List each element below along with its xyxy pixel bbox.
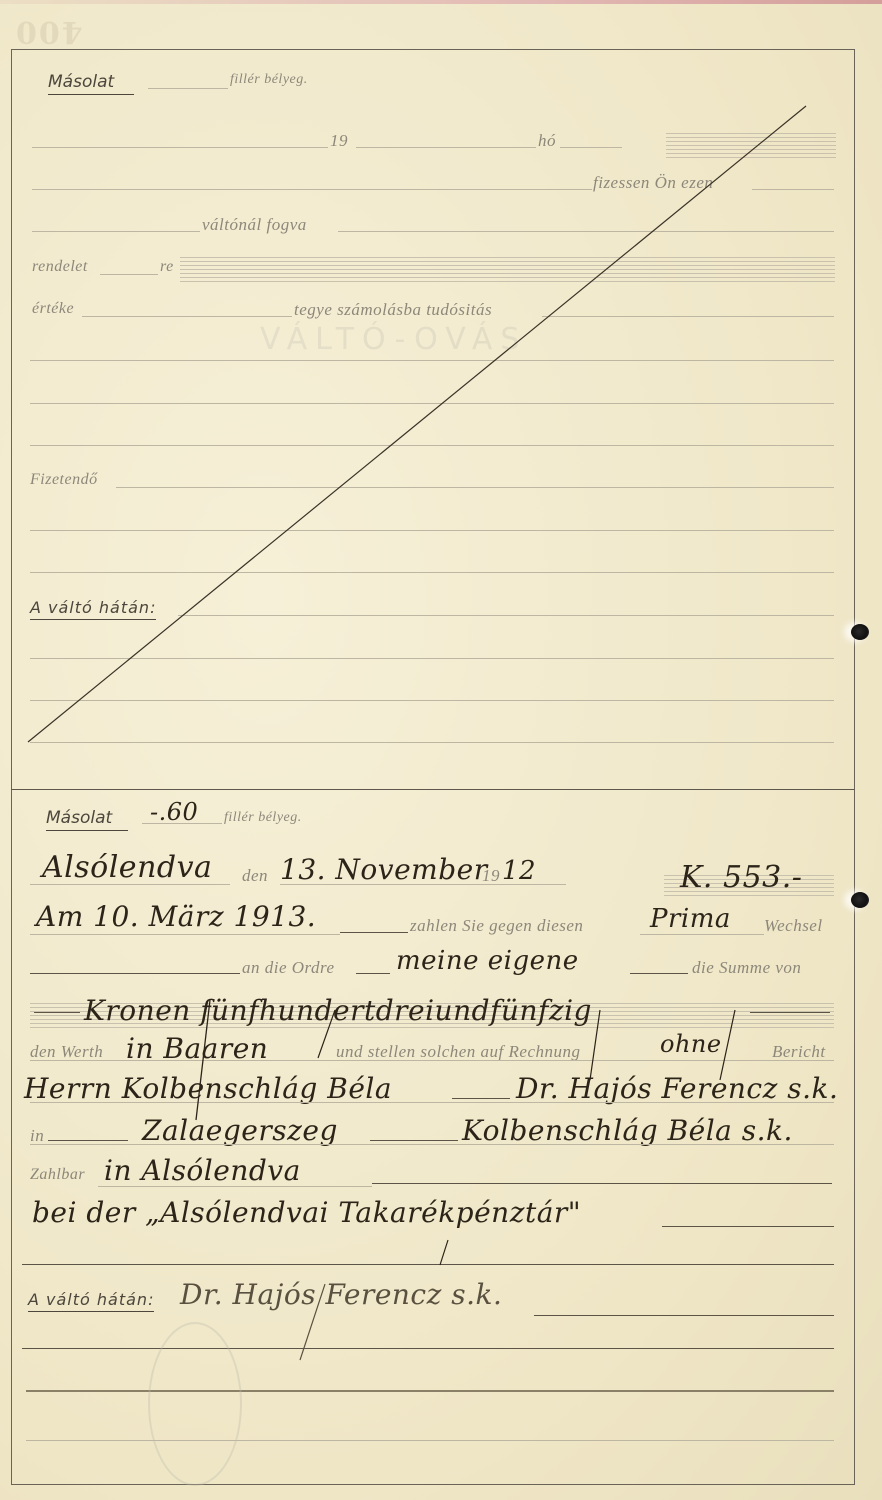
blank-line-3 — [30, 445, 834, 446]
pay-label: fizessen Ön ezen — [593, 173, 713, 193]
den-label: den — [242, 866, 268, 886]
due-date: Am 10. März 1913. — [36, 900, 316, 933]
binding-hole-top — [851, 624, 869, 640]
place-line — [30, 884, 230, 885]
blank-line-4 — [26, 1440, 834, 1441]
blank-line-2 — [22, 1348, 834, 1349]
year-prefix: 19 — [482, 866, 500, 886]
payable-at-line — [662, 1226, 834, 1227]
back-label: A váltó hátán: — [30, 598, 156, 620]
sum-words: Kronen fünfhundertdreiundfünfzig — [84, 994, 592, 1027]
drawee-dash — [452, 1098, 510, 1099]
due-dash — [340, 932, 408, 933]
amount: K. 553.- — [680, 860, 802, 895]
order-dash — [30, 973, 240, 974]
report-label: Bericht — [772, 1042, 826, 1062]
order-label: an die Ordre — [242, 958, 335, 978]
payable-label: Zahlbar — [30, 1166, 85, 1184]
stamp-label: fillér bélyeg. — [224, 810, 302, 826]
blank-line-5 — [30, 572, 834, 573]
payable-line — [372, 1183, 832, 1184]
order-dash-2 — [356, 973, 390, 974]
in-label: in — [30, 1126, 44, 1146]
year-suffix: 12 — [502, 856, 536, 886]
drawee-line — [30, 1102, 834, 1103]
copy-label: Másolat — [46, 808, 128, 831]
account-label: tegye számolásba tudósitás — [294, 300, 492, 320]
bill-kind: Prima — [650, 904, 731, 934]
value-line — [30, 1060, 834, 1061]
account-line — [542, 316, 834, 317]
bill-label: váltónál fogva — [202, 215, 307, 235]
account-text: und stellen solchen auf Rechnung — [336, 1042, 581, 1062]
order-dash-3 — [630, 973, 688, 974]
back-line-1 — [178, 615, 834, 616]
payable-place: in Alsólendva — [104, 1154, 301, 1187]
binding-hole-bottom — [851, 892, 869, 908]
section-divider — [11, 789, 855, 790]
payable-line — [116, 487, 834, 488]
drawee: Herrn Kolbenschlág Béla — [24, 1072, 392, 1105]
pay-line — [752, 189, 834, 190]
wechsel-label: Wechsel — [764, 916, 823, 936]
order-label: rendelet — [32, 258, 88, 276]
payee-line — [32, 189, 592, 190]
blank-line-4 — [30, 530, 834, 531]
amount-box — [666, 130, 836, 158]
back-line-3 — [30, 700, 834, 701]
ghost-heading: VÁLTÓ-OVÁS — [260, 322, 527, 357]
date: 13. November — [280, 853, 488, 886]
order-value: meine eigene — [396, 946, 579, 976]
stamp-label: fillér bélyeg. — [230, 72, 308, 88]
pay-text: zahlen Sie gegen diesen — [410, 916, 583, 936]
sum-dash-left — [34, 1012, 80, 1013]
drawee-city: Zalaegerszeg — [142, 1114, 338, 1147]
bill-line-left — [32, 231, 200, 232]
faded-stamp — [148, 1322, 242, 1486]
blank-line-1 — [30, 360, 834, 361]
year-line — [356, 147, 536, 148]
back-line-2 — [30, 658, 834, 659]
payable-at: bei der „Alsólendvai Takarékpénztár" — [32, 1196, 581, 1229]
endorsement-line — [534, 1315, 834, 1316]
blank-line-2 — [30, 403, 834, 404]
bill-kind-line — [640, 934, 764, 935]
report-value: ohne — [660, 1030, 722, 1058]
order-line — [100, 274, 158, 275]
drawer-signature: Dr. Hajós Ferencz s.k. — [516, 1072, 838, 1105]
payable-label: Fizetendő — [30, 471, 98, 489]
day-line — [560, 147, 622, 148]
month-label: hó — [538, 131, 556, 151]
copy-label: Másolat — [48, 72, 134, 95]
order-box — [180, 254, 835, 282]
page-top-edge — [0, 0, 882, 4]
endorsement: Dr. Hajós Ferencz s.k. — [180, 1278, 502, 1311]
blank-line-1 — [22, 1264, 834, 1265]
due-line — [30, 934, 340, 935]
value-line — [82, 316, 292, 317]
city-line — [30, 1144, 834, 1145]
re-label: re — [160, 258, 174, 276]
stamp-blank — [148, 88, 228, 89]
in-dash — [48, 1140, 128, 1141]
payable-line-left — [98, 1186, 372, 1187]
stamp-value: -.60 — [150, 798, 198, 826]
city-dash — [370, 1140, 458, 1141]
sum-dash-right — [750, 1012, 830, 1013]
bill-line-right — [338, 231, 834, 232]
year-prefix: 19 — [330, 131, 348, 151]
sum-label: die Summe von — [692, 958, 801, 978]
value-label: értéke — [32, 300, 74, 318]
date-line — [280, 884, 566, 885]
date-line — [32, 147, 328, 148]
back-line-4 — [30, 742, 834, 743]
value-label: den Werth — [30, 1042, 103, 1062]
blank-line-3 — [26, 1390, 834, 1392]
acceptor-signature: Kolbenschlág Béla s.k. — [462, 1114, 793, 1147]
stamp-line — [142, 823, 222, 824]
place: Alsólendva — [42, 850, 212, 885]
back-label: A váltó hátán: — [28, 1290, 154, 1312]
page-number: 400 — [14, 14, 83, 49]
